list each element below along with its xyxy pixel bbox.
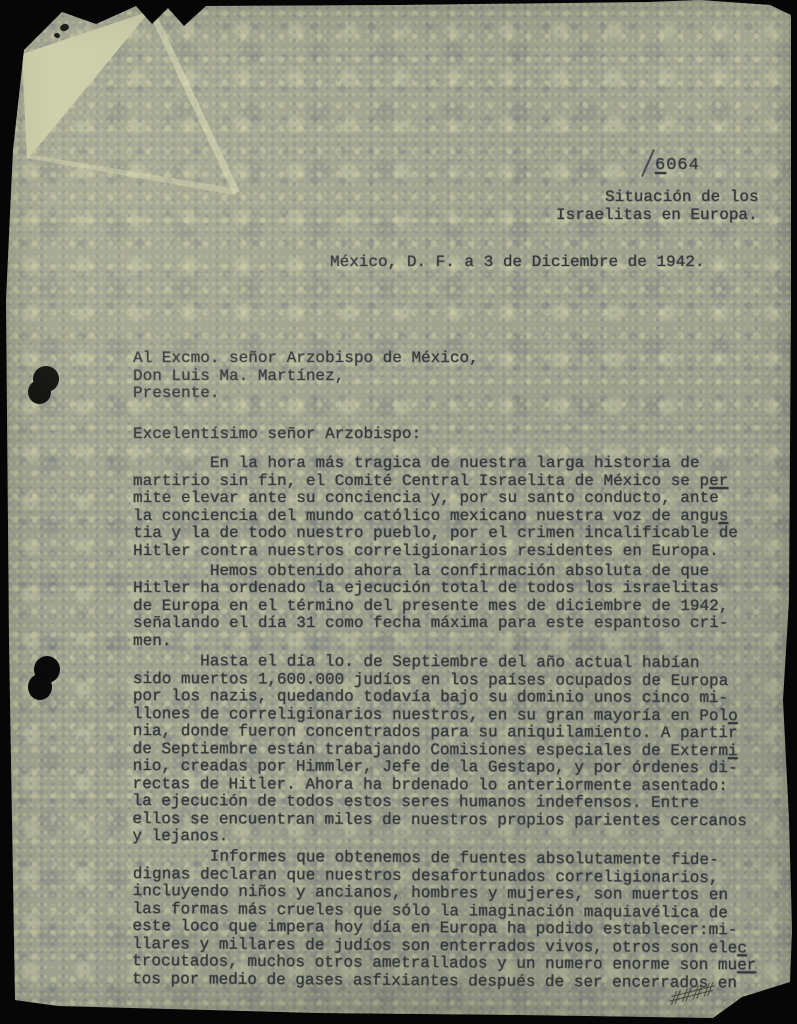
scanned-letter: 6064 Situación de los Israelitas en Euro…: [0, 0, 797, 1024]
typed-line: la ejecución de todos estos seres humano…: [132, 792, 792, 812]
paragraph: Hasta el día lo. de Septiembre del año a…: [132, 653, 793, 848]
typed-line: por los nazis, quedando todavía bajo su …: [133, 687, 793, 707]
typed-line: ellos se encuentran miles de nuestros pr…: [132, 810, 792, 830]
stamp-digit-underlined: 6: [655, 156, 666, 175]
typed-line: En la hora más tragica de nuestra larga …: [133, 455, 793, 473]
typed-line: tia y la de todo nuestro pueblo, por el …: [133, 525, 793, 543]
page-number-stamp: 6064: [655, 157, 700, 175]
typed-line: nio, creadas por Himmler, Jefe de la Ges…: [133, 757, 793, 777]
typed-line: Hitler ha ordenado la ejecución total de…: [133, 580, 793, 598]
recipient-line: Don Luis Ma. Martínez,: [133, 368, 479, 386]
hole-punch-lobe: [28, 380, 51, 404]
letter-body: En la hora más tragica de nuestra larga …: [133, 455, 793, 988]
typed-line: Hitler contra nuestros correligionarios …: [133, 543, 793, 561]
typed-line: Hemos obtenido ahora la confirmación abs…: [133, 563, 793, 581]
salutation: Excelentísimo señor Arzobispo:: [133, 426, 421, 444]
typed-line: Hasta el día lo. de Septiembre del año a…: [133, 653, 793, 673]
typed-line: nia, donde fueron concentrados para su a…: [133, 722, 793, 742]
typed-line: de Europa en el término del presente mes…: [133, 598, 793, 616]
subject-line: Israelitas en Europa.: [556, 207, 758, 225]
paragraph: Hemos obtenido ahora la confirmación abs…: [133, 563, 793, 651]
recipient-block: Al Excmo. señor Arzobispo de México, Don…: [133, 350, 479, 403]
handwritten-slash-mark: [641, 149, 655, 177]
typed-line: martirio sin fin, el Comité Central Isra…: [133, 473, 793, 491]
typed-line: men.: [133, 633, 793, 651]
paper: 6064 Situación de los Israelitas en Euro…: [0, 0, 797, 1024]
typed-line: la conciencia del mundo católico mexican…: [133, 508, 793, 526]
paragraph: Informes que obtenemos de fuentes absolu…: [132, 848, 793, 993]
typed-line: señalando el día 31 como fecha máxima pa…: [133, 615, 793, 633]
typed-line: y lejanos.: [132, 827, 792, 847]
subject-line: Situación de los: [605, 189, 759, 207]
hole-punch-lobe: [28, 674, 52, 700]
staple-hole-speck: [59, 23, 70, 33]
dateline: México, D. F. a 3 de Diciembre de 1942.: [330, 254, 704, 272]
stamp-digits-rest: 064: [666, 156, 700, 175]
recipient-line: Presente.: [133, 385, 479, 403]
typed-line: mite elevar ante su conciencia y, por su…: [133, 490, 793, 508]
paragraph: En la hora más tragica de nuestra larga …: [133, 455, 793, 560]
staple-hole-speck: [53, 32, 60, 38]
recipient-line: Al Excmo. señor Arzobispo de México,: [133, 350, 479, 368]
